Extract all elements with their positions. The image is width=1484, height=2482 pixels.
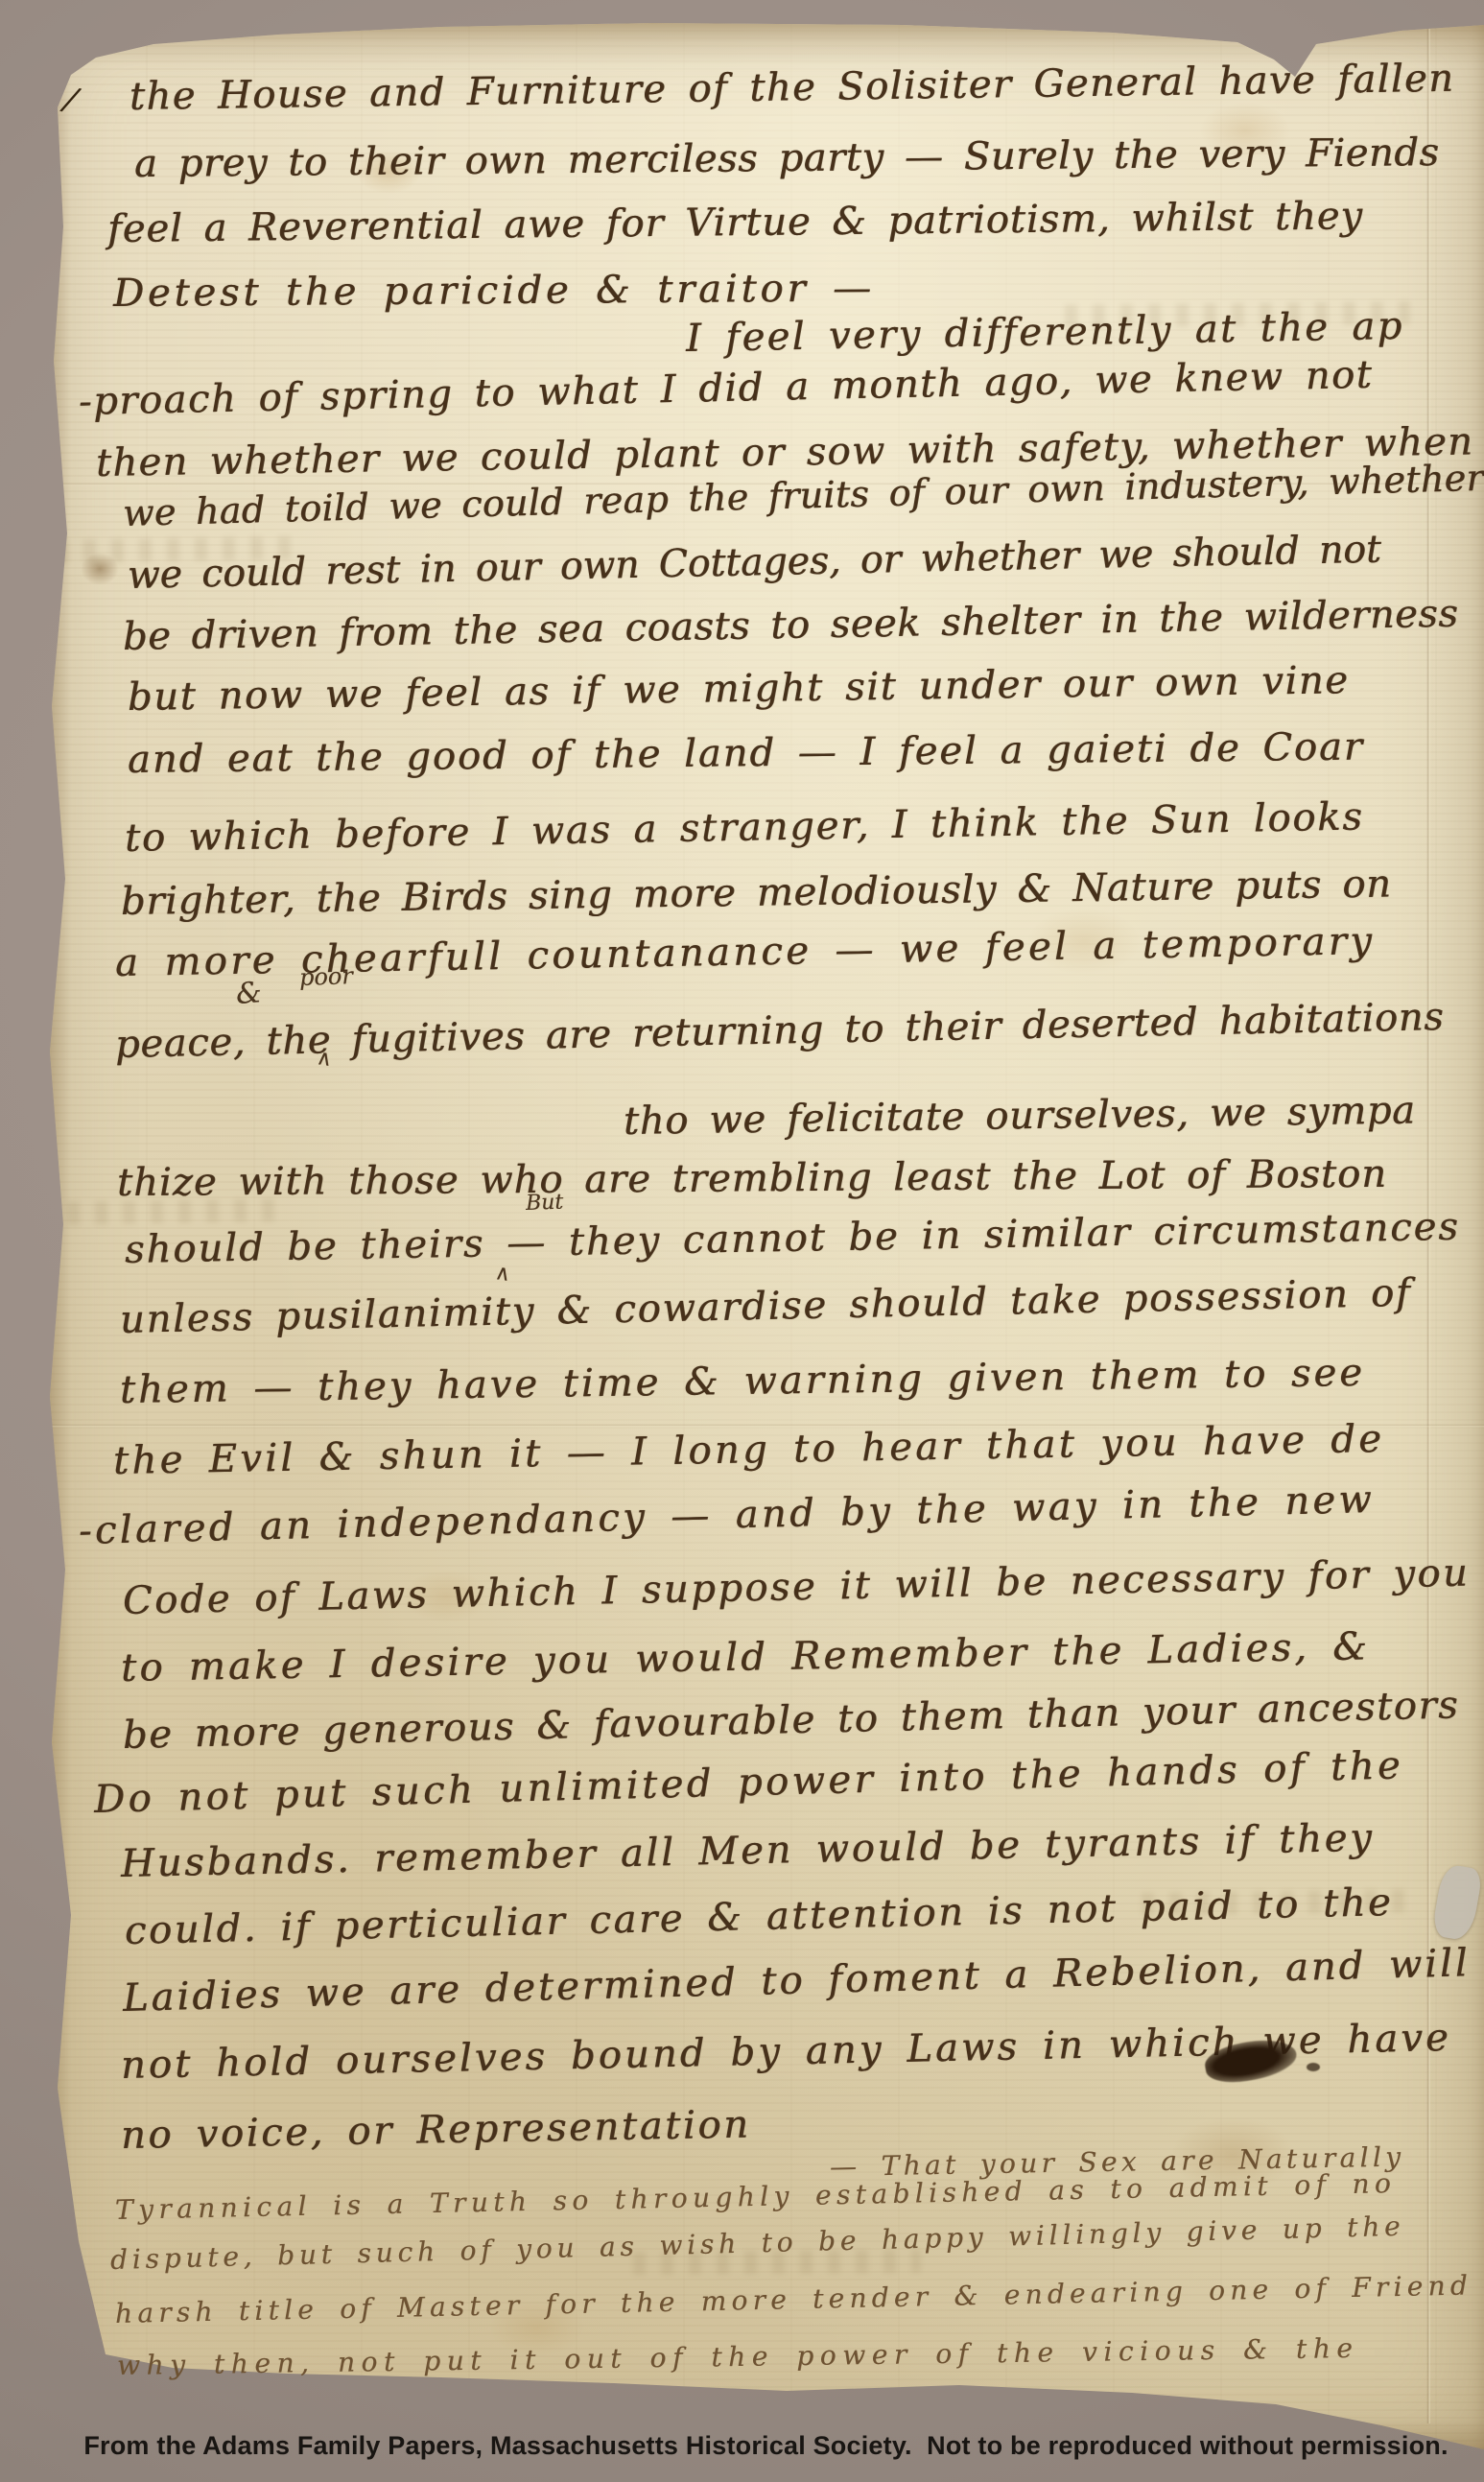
- manuscript-line: thize with those who are trembling least…: [117, 1152, 1387, 1205]
- letter-scan-stage: the House and Furniture of the Solisiter…: [0, 0, 1484, 2482]
- paper-edge-left: [38, 15, 71, 2457]
- inserted-word: &: [235, 977, 263, 1011]
- inserted-word: poor: [299, 963, 354, 992]
- credit-line: From the Adams Family Papers, Massachuse…: [24, 2431, 1484, 2461]
- manuscript-line: Detest the paricide & traitor —: [113, 266, 875, 316]
- inserted-word: But: [526, 1191, 564, 1217]
- document-scan: { "page": { "background_color": "#9c8f87…: [0, 0, 1484, 2482]
- ink-blot-dot: [1307, 2063, 1320, 2071]
- paper-edge-top: [38, 15, 1484, 65]
